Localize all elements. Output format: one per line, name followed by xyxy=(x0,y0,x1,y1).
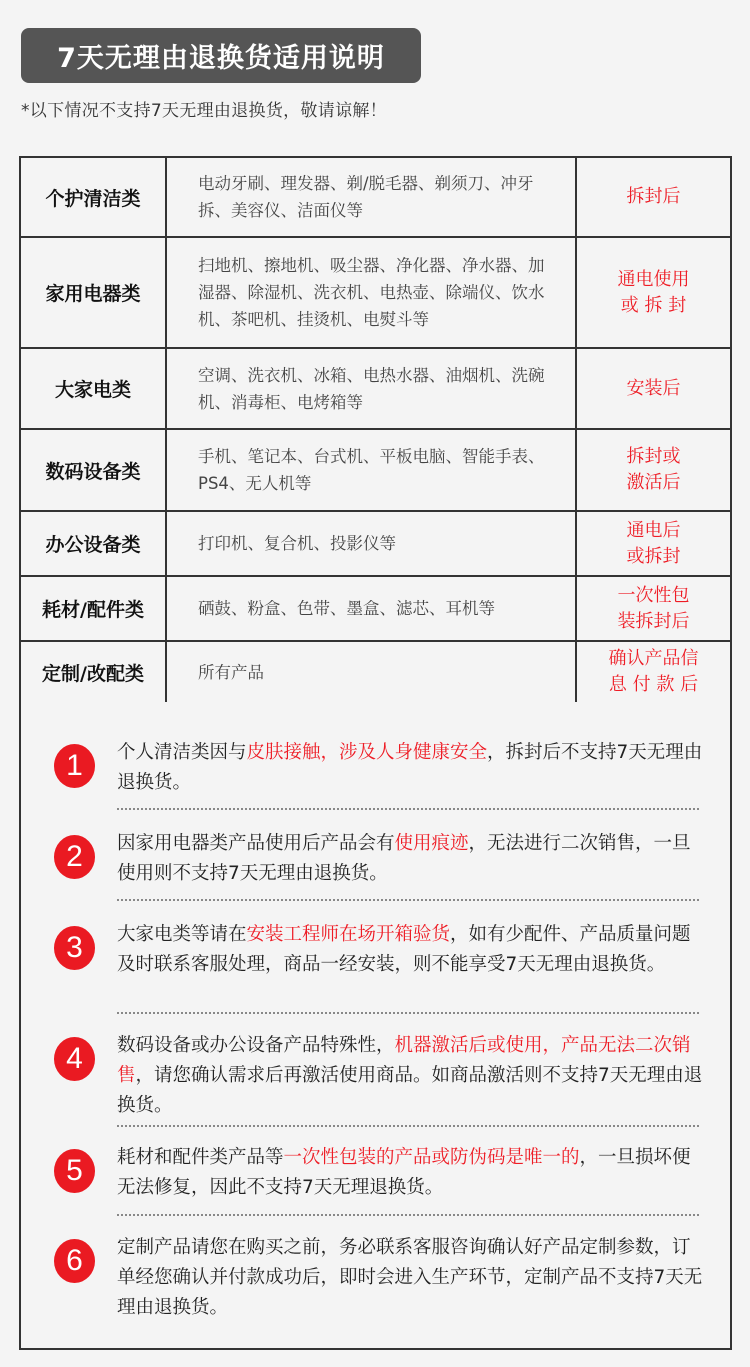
number-badge-icon: 6 xyxy=(54,1239,95,1283)
return-policy-page: 7天无理由退换货适用说明 *以下情况不支持7天无理由退换货，敬请谅解！ 个护清洁… xyxy=(0,0,750,1367)
items-cell: 电动牙刷、理发器、剃/脱毛器、剃须刀、冲牙拆、美容仪、洁面仪等 xyxy=(167,158,577,236)
table-row: 耗材/配件类 硒鼓、粉盒、色带、墨盒、滤芯、耳机等 一次性包 装拆封后 xyxy=(21,577,730,642)
category-cell: 个护清洁类 xyxy=(21,158,167,236)
condition-cell: 拆封后 xyxy=(577,158,730,236)
number-badge-icon: 1 xyxy=(54,744,95,788)
number-badge-icon: 5 xyxy=(54,1149,95,1193)
condition-cell: 拆封或 激活后 xyxy=(577,430,730,510)
condition-text: 通电后 或拆封 xyxy=(627,518,681,570)
note-text-part: ，请您确认需求后再激活使用商品。如商品激活则不支持7天无理由退换货。 xyxy=(117,1065,702,1116)
category-cell: 数码设备类 xyxy=(21,430,167,510)
category-cell: 办公设备类 xyxy=(21,512,167,575)
dotted-divider xyxy=(117,1012,699,1014)
table-row: 大家电类 空调、洗衣机、冰箱、电热水器、油烟机、洗碗机、消毒柜、电烤箱等 安装后 xyxy=(21,349,730,430)
note-text-part: 因家用电器类产品使用后产品会有 xyxy=(117,833,395,854)
note-text-part: 个人清洁类因与 xyxy=(117,742,247,763)
note-text-part: 数码设备或办公设备产品特殊性， xyxy=(117,1035,395,1056)
condition-cell: 通电后 或拆封 xyxy=(577,512,730,575)
items-cell: 空调、洗衣机、冰箱、电热水器、油烟机、洗碗机、消毒柜、电烤箱等 xyxy=(167,349,577,428)
table-row: 定制/改配类 所有产品 确认产品信 息 付 款 后 xyxy=(21,642,730,704)
dotted-divider xyxy=(117,1214,699,1216)
category-cell: 家用电器类 xyxy=(21,238,167,347)
subtitle-note: *以下情况不支持7天无理由退换货，敬请谅解！ xyxy=(21,96,387,121)
note-text: 因家用电器类产品使用后产品会有使用痕迹，无法进行二次销售，一旦使用则不支持7天无… xyxy=(117,829,707,889)
items-cell: 硒鼓、粉盒、色带、墨盒、滤芯、耳机等 xyxy=(167,577,577,640)
items-cell: 所有产品 xyxy=(167,642,577,702)
condition-text: 安装后 xyxy=(627,376,681,402)
number-badge-icon: 3 xyxy=(54,926,95,970)
items-cell: 扫地机、擦地机、吸尘器、净化器、净水器、加湿器、除湿机、洗衣机、电热壶、除端仪、… xyxy=(167,238,577,347)
note-highlight: 皮肤接触，涉及人身健康安全 xyxy=(247,742,488,763)
note-text-part: 耗材和配件类产品等 xyxy=(117,1147,284,1168)
condition-text: 通电使用 或 拆 封 xyxy=(618,267,690,319)
note-highlight: 一次性包装的产品或防伪码是唯一的 xyxy=(284,1147,580,1168)
number-badge-icon: 2 xyxy=(54,835,95,879)
note-text: 个人清洁类因与皮肤接触，涉及人身健康安全，拆封后不支持7天无理由退换货。 xyxy=(117,738,707,798)
category-cell: 耗材/配件类 xyxy=(21,577,167,640)
note-text: 数码设备或办公设备产品特殊性，机器激活后或使用，产品无法二次销售，请您确认需求后… xyxy=(117,1031,707,1121)
condition-text: 一次性包 装拆封后 xyxy=(618,583,690,635)
number-badge-icon: 4 xyxy=(54,1037,95,1081)
page-title: 7天无理由退换货适用说明 xyxy=(57,36,385,75)
condition-text: 确认产品信 息 付 款 后 xyxy=(609,646,699,698)
table-row: 办公设备类 打印机、复合机、投影仪等 通电后 或拆封 xyxy=(21,512,730,577)
note-text-part: 定制产品请您在购买之前，务必联系客服咨询确认好产品定制参数，订单经您确认并付款成… xyxy=(117,1237,702,1318)
condition-cell: 通电使用 或 拆 封 xyxy=(577,238,730,347)
category-cell: 大家电类 xyxy=(21,349,167,428)
condition-text: 拆封或 激活后 xyxy=(627,444,681,496)
note-highlight: 使用痕迹 xyxy=(395,833,469,854)
policy-table: 个护清洁类 电动牙刷、理发器、剃/脱毛器、剃须刀、冲牙拆、美容仪、洁面仪等 拆封… xyxy=(19,156,732,704)
notes-box: 1 个人清洁类因与皮肤接触，涉及人身健康安全，拆封后不支持7天无理由退换货。 2… xyxy=(19,702,732,1350)
note-text: 大家电类等请在安装工程师在场开箱验货，如有少配件、产品质量问题及时联系客服处理，… xyxy=(117,920,707,980)
condition-cell: 一次性包 装拆封后 xyxy=(577,577,730,640)
condition-cell: 安装后 xyxy=(577,349,730,428)
condition-text: 拆封后 xyxy=(627,184,681,210)
items-cell: 打印机、复合机、投影仪等 xyxy=(167,512,577,575)
note-highlight: 安装工程师在场开箱验货 xyxy=(247,924,451,945)
title-banner: 7天无理由退换货适用说明 xyxy=(21,28,421,83)
table-row: 家用电器类 扫地机、擦地机、吸尘器、净化器、净水器、加湿器、除湿机、洗衣机、电热… xyxy=(21,238,730,349)
items-cell: 手机、笔记本、台式机、平板电脑、智能手表、PS4、无人机等 xyxy=(167,430,577,510)
dotted-divider xyxy=(117,1125,699,1127)
note-text-part: 大家电类等请在 xyxy=(117,924,247,945)
dotted-divider xyxy=(117,808,699,810)
table-row: 个护清洁类 电动牙刷、理发器、剃/脱毛器、剃须刀、冲牙拆、美容仪、洁面仪等 拆封… xyxy=(21,158,730,238)
note-text: 定制产品请您在购买之前，务必联系客服咨询确认好产品定制参数，订单经您确认并付款成… xyxy=(117,1233,707,1323)
condition-cell: 确认产品信 息 付 款 后 xyxy=(577,642,730,702)
category-cell: 定制/改配类 xyxy=(21,642,167,702)
dotted-divider xyxy=(117,899,699,901)
note-text: 耗材和配件类产品等一次性包装的产品或防伪码是唯一的，一旦损坏便无法修复，因此不支… xyxy=(117,1143,707,1203)
table-row: 数码设备类 手机、笔记本、台式机、平板电脑、智能手表、PS4、无人机等 拆封或 … xyxy=(21,430,730,512)
